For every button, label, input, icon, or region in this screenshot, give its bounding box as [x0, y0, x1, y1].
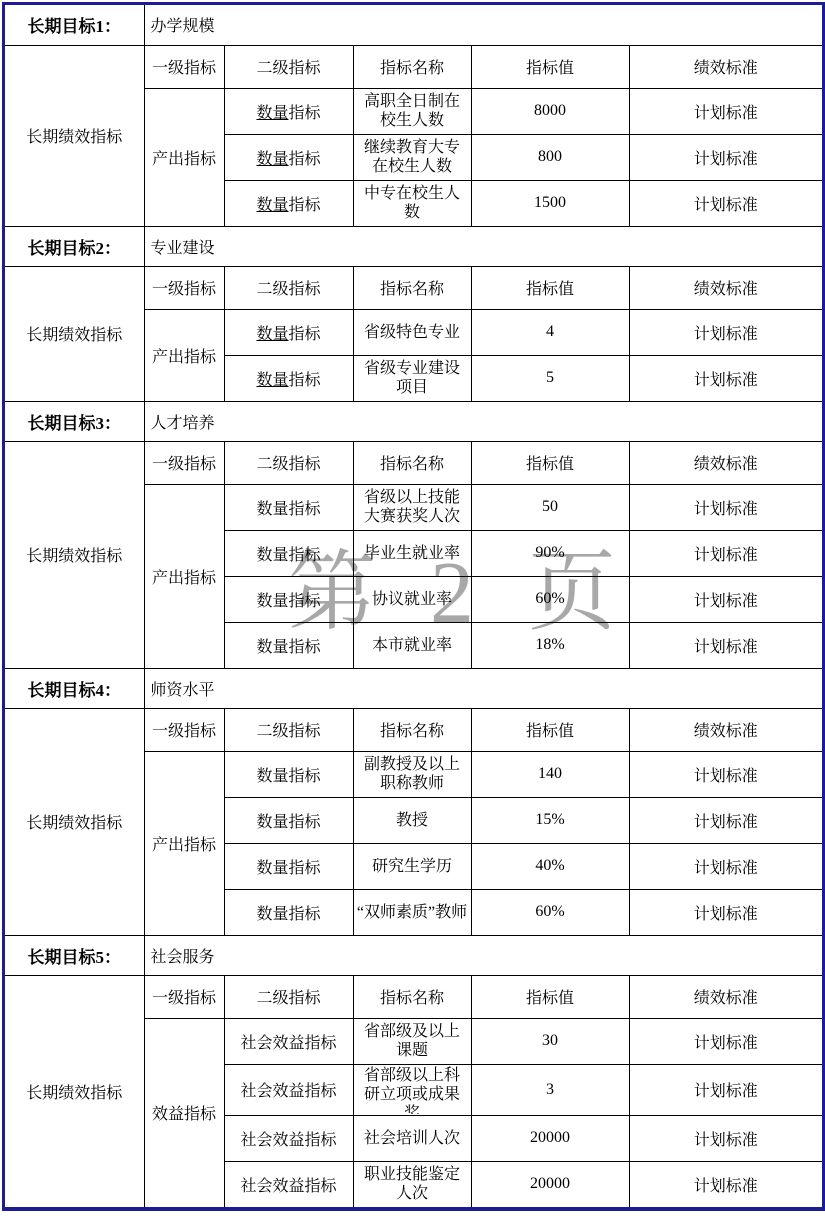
col-header-standard: 绩效标准	[629, 45, 822, 88]
col-header-name: 指标名称	[353, 441, 471, 484]
indicator-value-cell: 20000	[471, 1115, 629, 1161]
primary-indicator-cell: 产出指标	[144, 88, 224, 226]
column-header-row: 长期绩效指标 一级指标 二级指标 指标名称 指标值 绩效标准	[5, 45, 822, 88]
indicator-value-cell: 60%	[471, 889, 629, 935]
indicator-name-cell: 副教授及以上职称教师	[353, 751, 471, 797]
indicator-name-cell: 省级专业建设项目	[353, 355, 471, 401]
secondary-indicator-cell: 数量指标	[224, 530, 353, 576]
goal-label: 长期目标3：	[5, 401, 144, 441]
col-header-value: 指标值	[471, 266, 629, 309]
col-header-primary: 一级指标	[144, 975, 224, 1018]
indicator-value-cell: 30	[471, 1018, 629, 1064]
indicator-value-cell: 8000	[471, 88, 629, 134]
indicator-value-cell: 3	[471, 1064, 629, 1115]
indicator-value-cell: 800	[471, 134, 629, 180]
primary-indicator-cell: 产出指标	[144, 751, 224, 935]
standard-cell: 计划标准	[629, 797, 822, 843]
row-header-cell: 长期绩效指标	[5, 975, 144, 1207]
col-header-standard: 绩效标准	[629, 708, 822, 751]
secondary-indicator-cell: 数量指标	[224, 484, 353, 530]
standard-cell: 计划标准	[629, 530, 822, 576]
goal-value: 社会服务	[144, 935, 822, 975]
standard-cell: 计划标准	[629, 1064, 822, 1115]
standard-cell: 计划标准	[629, 180, 822, 226]
column-header-row: 长期绩效指标 一级指标 二级指标 指标名称 指标值 绩效标准	[5, 441, 822, 484]
goal-value: 人才培养	[144, 401, 822, 441]
col-header-standard: 绩效标准	[629, 975, 822, 1018]
col-header-standard: 绩效标准	[629, 441, 822, 484]
page-border-frame: 长期目标1： 办学规模 长期绩效指标 一级指标 二级指标 指标名称 指标值 绩效…	[2, 2, 825, 1211]
col-header-secondary: 二级指标	[224, 266, 353, 309]
standard-cell: 计划标准	[629, 1018, 822, 1064]
indicator-name-cell: 本市就业率	[353, 622, 471, 668]
standard-cell: 计划标准	[629, 88, 822, 134]
indicator-name-cell: 省部级以上科研立项或成果奖	[353, 1064, 471, 1115]
indicator-value-cell: 20000	[471, 1161, 629, 1207]
goal-label: 长期目标5：	[5, 935, 144, 975]
indicator-name-cell: 社会培训人次	[353, 1115, 471, 1161]
secondary-indicator-cell: 数量指标	[224, 309, 353, 355]
col-header-primary: 一级指标	[144, 441, 224, 484]
standard-cell: 计划标准	[629, 576, 822, 622]
standard-cell: 计划标准	[629, 355, 822, 401]
secondary-indicator-cell: 数量指标	[224, 843, 353, 889]
secondary-indicator-cell: 数量指标	[224, 180, 353, 226]
goal-row-1: 长期目标1： 办学规模	[5, 5, 822, 45]
indicator-value-cell: 140	[471, 751, 629, 797]
indicator-name-cell: 省部级及以上课题	[353, 1018, 471, 1064]
indicator-name-cell: 协议就业率	[353, 576, 471, 622]
indicator-name-cell: 继续教育大专在校生人数	[353, 134, 471, 180]
indicator-value-cell: 5	[471, 355, 629, 401]
standard-cell: 计划标准	[629, 889, 822, 935]
indicator-value-cell: 50	[471, 484, 629, 530]
secondary-indicator-cell: 数量指标	[224, 576, 353, 622]
goal-row-2: 长期目标2： 专业建设	[5, 226, 822, 266]
goal-row-5: 长期目标5： 社会服务	[5, 935, 822, 975]
col-header-primary: 一级指标	[144, 708, 224, 751]
indicator-value-cell: 40%	[471, 843, 629, 889]
secondary-indicator-cell: 数量指标	[224, 355, 353, 401]
indicator-name-cell: “双师素质”教师	[353, 889, 471, 935]
col-header-name: 指标名称	[353, 266, 471, 309]
col-header-name: 指标名称	[353, 708, 471, 751]
secondary-indicator-cell: 数量指标	[224, 88, 353, 134]
indicator-value-cell: 15%	[471, 797, 629, 843]
secondary-indicator-cell: 数量指标	[224, 751, 353, 797]
col-header-secondary: 二级指标	[224, 45, 353, 88]
performance-indicator-table: 长期目标1： 办学规模 长期绩效指标 一级指标 二级指标 指标名称 指标值 绩效…	[5, 5, 822, 1207]
secondary-indicator-cell: 社会效益指标	[224, 1115, 353, 1161]
indicator-name-cell: 省级以上技能大赛获奖人次	[353, 484, 471, 530]
secondary-indicator-cell: 数量指标	[224, 134, 353, 180]
indicator-name-cell: 研究生学历	[353, 843, 471, 889]
standard-cell: 计划标准	[629, 484, 822, 530]
standard-cell: 计划标准	[629, 134, 822, 180]
indicator-value-cell: 1500	[471, 180, 629, 226]
col-header-secondary: 二级指标	[224, 708, 353, 751]
indicator-value-cell: 90%	[471, 530, 629, 576]
goal-row-4: 长期目标4： 师资水平	[5, 668, 822, 708]
secondary-indicator-cell: 社会效益指标	[224, 1018, 353, 1064]
secondary-indicator-cell: 数量指标	[224, 889, 353, 935]
col-header-value: 指标值	[471, 975, 629, 1018]
standard-cell: 计划标准	[629, 843, 822, 889]
standard-cell: 计划标准	[629, 309, 822, 355]
goal-value: 专业建设	[144, 226, 822, 266]
col-header-name: 指标名称	[353, 45, 471, 88]
goal-label: 长期目标2：	[5, 226, 144, 266]
standard-cell: 计划标准	[629, 1115, 822, 1161]
goal-label: 长期目标4：	[5, 668, 144, 708]
indicator-value-cell: 60%	[471, 576, 629, 622]
col-header-secondary: 二级指标	[224, 441, 353, 484]
column-header-row: 长期绩效指标 一级指标 二级指标 指标名称 指标值 绩效标准	[5, 266, 822, 309]
goal-row-3: 长期目标3： 人才培养	[5, 401, 822, 441]
col-header-value: 指标值	[471, 441, 629, 484]
goal-value: 办学规模	[144, 5, 822, 45]
indicator-name-cell: 职业技能鉴定人次	[353, 1161, 471, 1207]
standard-cell: 计划标准	[629, 751, 822, 797]
indicator-value-cell: 18%	[471, 622, 629, 668]
indicator-value-cell: 4	[471, 309, 629, 355]
row-header-cell: 长期绩效指标	[5, 708, 144, 935]
secondary-indicator-cell: 社会效益指标	[224, 1064, 353, 1115]
row-header-cell: 长期绩效指标	[5, 266, 144, 401]
indicator-name-cell: 毕业生就业率	[353, 530, 471, 576]
indicator-name-cell: 中专在校生人数	[353, 180, 471, 226]
indicator-name-cell: 教授	[353, 797, 471, 843]
col-header-secondary: 二级指标	[224, 975, 353, 1018]
col-header-primary: 一级指标	[144, 266, 224, 309]
primary-indicator-cell: 产出指标	[144, 484, 224, 668]
secondary-indicator-cell: 数量指标	[224, 797, 353, 843]
indicator-name-cell: 省级特色专业	[353, 309, 471, 355]
col-header-value: 指标值	[471, 708, 629, 751]
goal-value: 师资水平	[144, 668, 822, 708]
secondary-indicator-cell: 数量指标	[224, 622, 353, 668]
indicator-name-cell: 高职全日制在校生人数	[353, 88, 471, 134]
col-header-standard: 绩效标准	[629, 266, 822, 309]
col-header-value: 指标值	[471, 45, 629, 88]
primary-indicator-cell: 效益指标	[144, 1018, 224, 1207]
row-header-cell: 长期绩效指标	[5, 441, 144, 668]
secondary-indicator-cell: 社会效益指标	[224, 1161, 353, 1207]
standard-cell: 计划标准	[629, 1161, 822, 1207]
row-header-cell: 长期绩效指标	[5, 45, 144, 226]
goal-label: 长期目标1：	[5, 5, 144, 45]
column-header-row: 长期绩效指标 一级指标 二级指标 指标名称 指标值 绩效标准	[5, 975, 822, 1018]
col-header-name: 指标名称	[353, 975, 471, 1018]
col-header-primary: 一级指标	[144, 45, 224, 88]
standard-cell: 计划标准	[629, 622, 822, 668]
primary-indicator-cell: 产出指标	[144, 309, 224, 401]
column-header-row: 长期绩效指标 一级指标 二级指标 指标名称 指标值 绩效标准	[5, 708, 822, 751]
